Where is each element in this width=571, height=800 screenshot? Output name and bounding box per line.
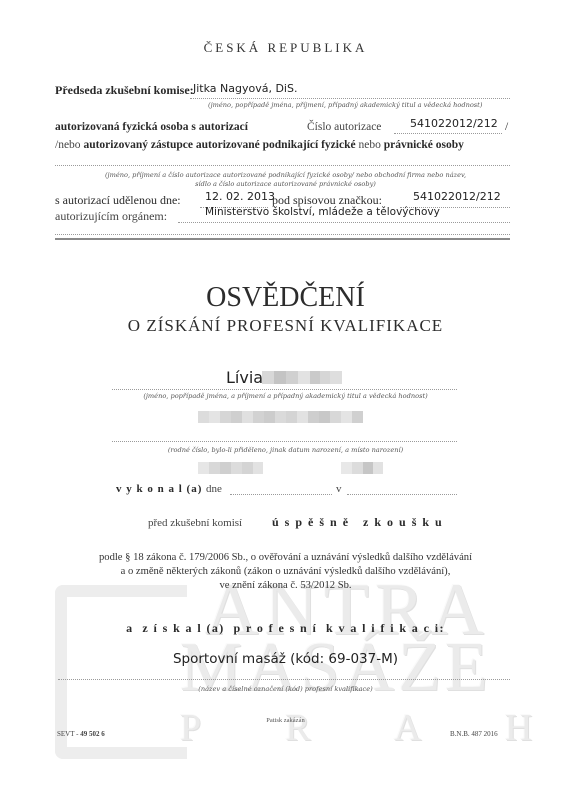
certificate-subtitle: O ZÍSKÁNÍ PROFESNÍ KVALIFIKACE (0, 316, 571, 336)
authorization-slash: / (505, 121, 508, 133)
exam-performed-label: v y k o n a l (a) (116, 483, 202, 495)
chair-dotted-line (190, 98, 510, 99)
section-dotted-line (55, 234, 510, 235)
holder-surname-redacted (262, 371, 342, 384)
holder-name-note: (jméno, popřípadě jména, a příjmení a př… (0, 392, 571, 400)
country-heading: ČESKÁ REPUBLIKA (0, 40, 571, 56)
section-divider (55, 238, 510, 240)
reprint-notice: Patisk zakázán (0, 717, 571, 724)
certificate-title: OSVĚDČENÍ (0, 282, 571, 314)
exam-place-redacted (341, 462, 383, 474)
authorization-number-dotted-line (394, 133, 502, 134)
alt-bold-1: autorizovaný zástupce autorizované podni… (83, 139, 355, 151)
authority-dotted-line (178, 222, 510, 223)
entity-note-line-1: (jméno, příjmení a číslo autorizace auto… (0, 171, 571, 179)
holder-birth-redacted (198, 411, 363, 423)
holder-birth-dotted-line (112, 441, 457, 442)
qualification-value: Sportovní masáž (kód: 69-037-M) (0, 651, 571, 667)
exam-place-label: v (336, 483, 342, 495)
watermark-line-2: MASÁŽE (180, 628, 492, 708)
qualification-note: (název a číselné označení (kód) profesní… (0, 685, 571, 693)
holder-first-name: Lívia (226, 368, 263, 387)
granted-label: s autorizací udělenou dne: (55, 193, 181, 208)
form-prefix: SEVT - (57, 730, 78, 738)
chair-label: Předseda zkušební komise: (55, 83, 194, 98)
watermark-line-3: P R A H A (180, 706, 571, 750)
authorization-number-label: Číslo autorizace (307, 121, 381, 133)
exam-date-dotted-line (230, 494, 332, 495)
law-line-3: ve znění zákona č. 53/2012 Sb. (0, 580, 571, 591)
alt-prefix: /nebo (55, 139, 81, 151)
chair-note: (jméno, popřípadě jména, příjmení, přípa… (208, 101, 482, 109)
authority-label: autorizujícím orgánem: (55, 209, 167, 224)
entity-note-line-2: sídlo a číslo autorizace autorizované pr… (0, 180, 571, 188)
authorization-number-value: 541022012/212 (410, 117, 498, 130)
exam-date-label: dne (206, 483, 222, 495)
form-number: 49 502 6 (80, 730, 105, 738)
form-code: SEVT - 49 502 6 (57, 730, 105, 738)
qualification-heading: a z í s k a l (a) p r o f e s n í k v a … (0, 621, 571, 636)
alt-bold-2: právnické osoby (384, 139, 464, 151)
authorized-person-label: autorizovaná fyzická osoba s autorizací (55, 121, 248, 133)
chair-value: Jitka Nagyová, DiS. (193, 82, 297, 95)
certificate-page: ANTRA MASÁŽE P R A H A ČESKÁ REPUBLIKA P… (0, 0, 571, 800)
law-line-2: a o změně některých zákonů (zákon o uzná… (0, 566, 571, 577)
entity-dotted-line (55, 165, 510, 166)
alt-mid: nebo (358, 139, 380, 151)
file-value: 541022012/212 (413, 190, 501, 203)
granted-value: 12. 02. 2013 (205, 190, 275, 203)
exam-before-label: před zkušební komisí (148, 517, 242, 529)
holder-name-dotted-line (112, 389, 457, 390)
authorized-representative-line: /nebo autorizovaný zástupce autorizované… (55, 139, 464, 151)
exam-date-redacted (198, 462, 263, 474)
holder-birth-note: (rodné číslo, bylo-li přiděleno, jinak d… (0, 446, 571, 454)
authority-value: Ministerstvo školství, mládeže a tělovýc… (205, 206, 440, 218)
exam-result: ú s p ě š n ě z k o u š k u (272, 515, 443, 530)
law-line-1: podle § 18 zákona č. 179/2006 Sb., o ově… (0, 552, 571, 563)
exam-place-dotted-line (347, 494, 457, 495)
printer-code: B.N.B. 487 2016 (450, 730, 498, 738)
qualification-dotted-line (58, 679, 510, 680)
